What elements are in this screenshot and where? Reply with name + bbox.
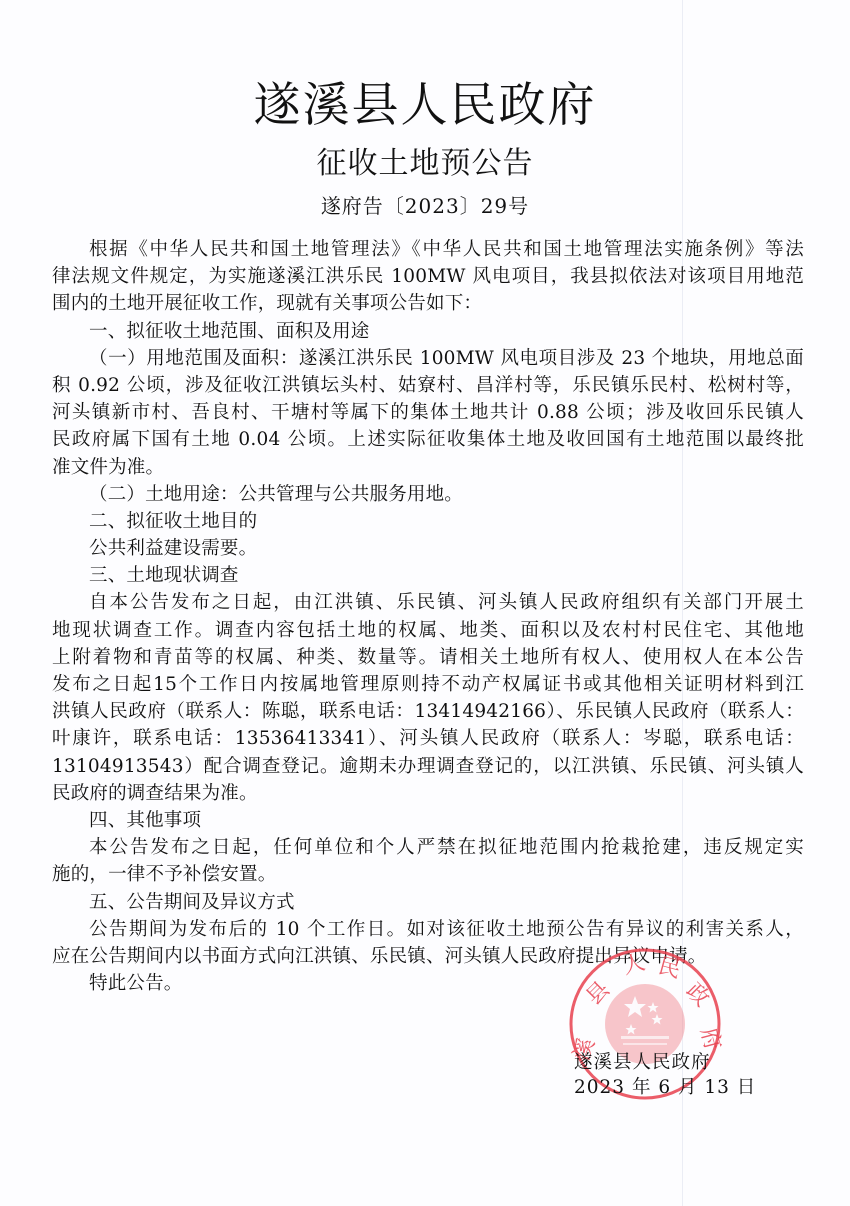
section-heading: 四、其他事项 <box>52 807 804 834</box>
document-title: 征收土地预公告 <box>0 138 850 182</box>
body-text-line: 律法规文件规定，为实施遂溪江洪乐民 100MW 风电项目，我县拟依法对该项目用地… <box>52 263 804 290</box>
svg-text:人: 人 <box>620 950 648 980</box>
signature-block: 遂溪县人民政府 2023 年 6 月 13 日 <box>574 1050 756 1100</box>
body-text-line: （二）土地用途：公共管理与公共服务用地。 <box>52 481 804 508</box>
section-heading: 一、拟征收土地范围、面积及用途 <box>52 318 804 345</box>
svg-text:民: 民 <box>655 954 683 984</box>
body-text-line: 叶康许，联系电话：13536413341）、河头镇人民政府（联系人：岑聪，联系电… <box>52 725 804 752</box>
section-heading: 三、土地现状调查 <box>52 562 804 589</box>
body-text-line: 民政府属下国有土地 0.04 公顷。上述实际征收集体土地及收回国有土地范围以最终… <box>52 426 804 453</box>
body-text-line: 本公告发布之日起，任何单位和个人严禁在拟征地范围内抢栽抢建，违反规定实 <box>52 834 804 861</box>
body-text-line: 根据《中华人民共和国土地管理法》《中华人民共和国土地管理法实施条例》等法 <box>52 236 804 263</box>
body-text-line: 地现状调查工作。调查内容包括土地的权属、地类、面积以及农村村民住宅、其他地 <box>52 617 804 644</box>
body-text-line: 公共利益建设需要。 <box>52 535 804 562</box>
signature-date: 2023 年 6 月 13 日 <box>574 1075 756 1100</box>
body-text-line: 上附着物和青苗等的权属、种类、数量等。请相关土地所有权人、使用权人在本公告 <box>52 644 804 671</box>
document-body: 根据《中华人民共和国土地管理法》《中华人民共和国土地管理法实施条例》等法律法规文… <box>52 236 804 997</box>
body-text-line: 发布之日起15个工作日内按属地管理原则持不动产权属证书或其他相关证明材料到江 <box>52 671 804 698</box>
svg-text:政: 政 <box>681 979 714 1012</box>
section-heading: 五、公告期间及异议方式 <box>52 889 804 916</box>
body-text-line: 自本公告发布之日起，由江洪镇、乐民镇、河头镇人民政府组织有关部门开展土 <box>52 589 804 616</box>
body-text-line: 施的，一律不予补偿安置。 <box>52 861 804 888</box>
body-text-line: 民政府的调查结果为准。 <box>52 780 804 807</box>
section-heading: 二、拟征收土地目的 <box>52 508 804 535</box>
svg-text:府: 府 <box>695 1025 725 1053</box>
body-text-line: 河头镇新市村、吾良村、干塘村等属下的集体土地共计 0.88 公顷；涉及收回乐民镇… <box>52 399 804 426</box>
body-text-line: （一）用地范围及面积：遂溪江洪乐民 100MW 风电项目涉及 23 个地块，用地… <box>52 345 804 372</box>
body-text-line: 公告期间为发布后的 10 个工作日。如对该征收土地预公告有异议的利害关系人， <box>52 916 804 943</box>
body-text-line: 13104913543）配合调查登记。逾期未办理调查登记的，以江洪镇、乐民镇、河… <box>52 753 804 780</box>
signature-org: 遂溪县人民政府 <box>574 1050 756 1075</box>
body-text-line: 围内的土地开展征收工作，现就有关事项公告如下： <box>52 290 804 317</box>
body-text-line: 洪镇人民政府（联系人：陈聪，联系电话：13414942166）、乐民镇人民政府（… <box>52 698 804 725</box>
issuer-title: 遂溪县人民政府 <box>0 68 850 135</box>
document-number: 遂府告〔2023〕29号 <box>0 190 850 219</box>
body-text-line: 准文件为准。 <box>52 454 804 481</box>
body-text-line: 积 0.92 公顷，涉及征收江洪镇坛头村、姑寮村、昌洋村等，乐民镇乐民村、松树村… <box>52 372 804 399</box>
document-page: 遂溪县人民政府 征收土地预公告 遂府告〔2023〕29号 根据《中华人民共和国土… <box>0 0 850 1206</box>
